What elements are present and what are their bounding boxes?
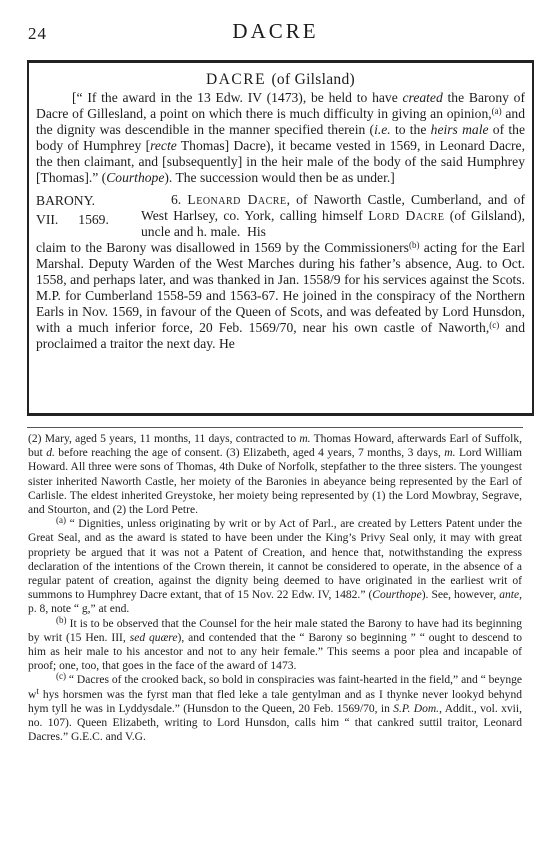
text-italic: Courthope — [106, 170, 164, 185]
text: to the — [391, 122, 431, 137]
text-italic: ante — [499, 589, 519, 601]
box-title: DACRE (of Gilsland) — [36, 70, 525, 90]
intro-paragraph: [“ If the award in the 13 Edw. IV (1473)… — [36, 90, 525, 187]
footnote-continued: (2) Mary, aged 5 years, 11 months, 11 da… — [28, 432, 522, 517]
text-italic: Courthope — [372, 589, 421, 601]
footnote-separator — [27, 427, 523, 428]
text-italic: created — [403, 90, 443, 105]
text-italic: sed quære — [130, 632, 178, 644]
text-italic: m. — [299, 433, 310, 445]
footnote-ref-c[interactable]: (c) — [489, 320, 499, 330]
footnote-c: (c) “ Dacres of the crooked back, so bol… — [28, 673, 522, 744]
text-italic: recte — [150, 138, 177, 153]
text: 6. — [141, 192, 187, 207]
text: [“ If the award in the 13 Edw. IV (1473)… — [72, 90, 403, 105]
barony-text-top: 6. Leonard Dacre, of Naworth Castle, Cum… — [141, 192, 525, 240]
footnote-marker-b: (b) — [56, 615, 67, 625]
box-body: [“ If the award in the 13 Edw. IV (1473)… — [36, 90, 525, 353]
running-head: DACRE — [0, 19, 551, 44]
footnote-ref-a[interactable]: (a) — [492, 106, 502, 116]
text-italic: heirs male — [431, 122, 489, 137]
box-title-sub: (of Gilsland) — [271, 71, 355, 88]
text-italic: m. — [444, 447, 455, 459]
barony-entry: BARONY. VII.1569. 6. Leonard Dacre, of N… — [36, 192, 525, 240]
footnote-marker-c: (c) — [56, 671, 66, 681]
holder-title: Lord Dacre — [368, 208, 444, 223]
footnote-b: (b) It is to be observed that the Counse… — [28, 617, 522, 674]
holder-name: Leonard Dacre — [187, 192, 286, 207]
footnote-a: (a) “ Dignities, unless originating by w… — [28, 517, 522, 616]
text: ). The succession would then be as under… — [164, 170, 394, 185]
barony-text-continued: claim to the Barony was disallowed in 15… — [36, 240, 525, 353]
text: ). See, however, — [422, 589, 500, 601]
text: (2) Mary, aged 5 years, 11 months, 11 da… — [28, 433, 299, 445]
boxed-entry: DACRE (of Gilsland) [“ If the award in t… — [27, 60, 534, 416]
barony-numeral: VII. — [36, 212, 58, 227]
text: before reaching the age of consent. (3) … — [55, 447, 444, 459]
text-italic: d. — [46, 447, 55, 459]
footnote-ref-b[interactable]: (b) — [409, 240, 420, 250]
text-italic: S.P. Dom. — [393, 703, 439, 715]
barony-label: BARONY. — [36, 192, 141, 209]
text: acting for the Earl Marshal. Deputy Ward… — [36, 240, 525, 335]
barony-year: 1569. — [78, 212, 109, 227]
barony-margin: BARONY. VII.1569. — [36, 192, 141, 240]
footnotes: (2) Mary, aged 5 years, 11 months, 11 da… — [28, 432, 522, 744]
barony-number-year: VII.1569. — [36, 211, 141, 228]
footnote-marker-a: (a) — [56, 515, 66, 525]
text-italic: i.e. — [374, 122, 391, 137]
box-title-main: DACRE — [206, 71, 266, 88]
